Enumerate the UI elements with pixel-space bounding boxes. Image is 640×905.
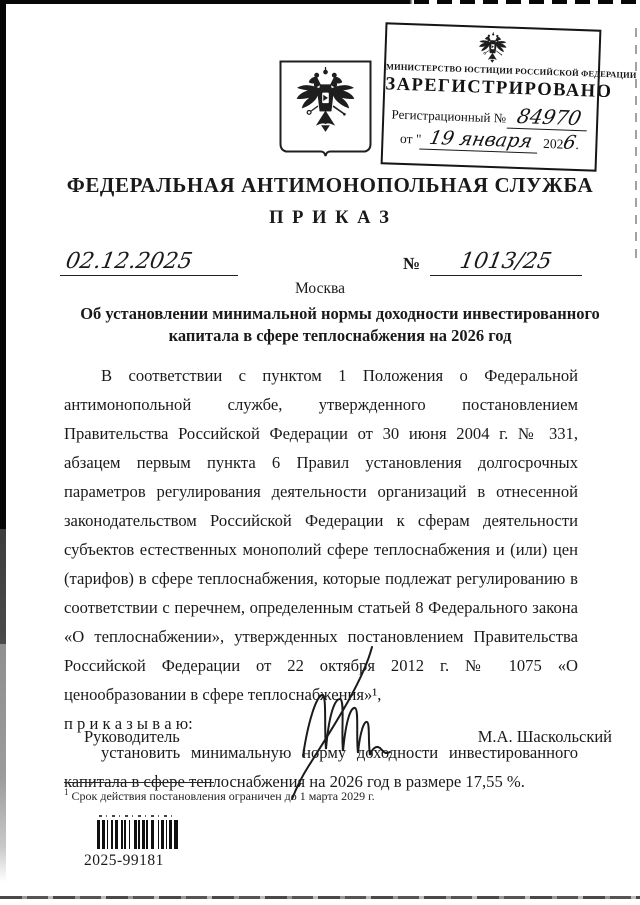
footnote: 1 Срок действия постановления ограничен … (64, 782, 375, 804)
barcode (97, 820, 178, 849)
document-page: МИНИСТЕРСТВО ЮСТИЦИИ РОССИЙСКОЙ ФЕДЕРАЦИ… (0, 0, 640, 905)
stamp-date-handwritten: 19 января (419, 127, 542, 154)
stamp-year-printed: 202 (543, 136, 564, 152)
stamp-date-prefix: от " (400, 131, 422, 147)
number-field: № 1013/25 (403, 249, 582, 276)
stamp-reg-label: Регистрационный № (391, 107, 506, 126)
date-field: 02.12.2025 (60, 249, 238, 276)
number-sign: № (403, 254, 420, 276)
signature-row: Руководитель М.А. Шаскольский (84, 727, 612, 747)
stamp-registered-label: ЗАРЕГИСТРИРОВАНО (385, 74, 598, 102)
stamp-eagle-icon (477, 32, 508, 66)
footnote-marker: 1 (64, 787, 69, 797)
subject-title: Об установлении минимальной нормы доходн… (80, 303, 600, 347)
page-bottom-border (0, 896, 640, 899)
page-left-border (0, 0, 6, 882)
signer-position: Руководитель (84, 727, 180, 747)
document-type-title: П Р И К А З (40, 208, 620, 229)
paragraph-preamble: В соответствии с пунктом 1 Положения о Ф… (64, 361, 578, 709)
date-number-row: 02.12.2025 № 1013/25 (60, 240, 582, 276)
coat-of-arms-icon (277, 58, 374, 162)
stamp-reg-number-handwritten: 84970 (507, 104, 592, 132)
registration-stamp: МИНИСТЕРСТВО ЮСТИЦИИ РОССИЙСКОЙ ФЕДЕРАЦИ… (381, 22, 602, 171)
footnote-text: Срок действия постановления ограничен до… (72, 789, 375, 803)
page-right-border (635, 28, 637, 263)
number-handwritten: 1013/25 (458, 249, 554, 274)
page-top-border (0, 0, 640, 4)
signer-name: М.А. Шаскольский (478, 727, 612, 747)
date-handwritten: 02.12.2025 (64, 249, 194, 274)
agency-title: ФЕДЕРАЛЬНАЯ АНТИМОНОПОЛЬНАЯ СЛУЖБА (40, 173, 620, 198)
footnote-text-line: 1 Срок действия постановления ограничен … (64, 787, 375, 804)
city-label: Москва (0, 280, 640, 298)
document-code: 2025-99181 (84, 852, 164, 870)
footnote-rule (64, 782, 214, 783)
